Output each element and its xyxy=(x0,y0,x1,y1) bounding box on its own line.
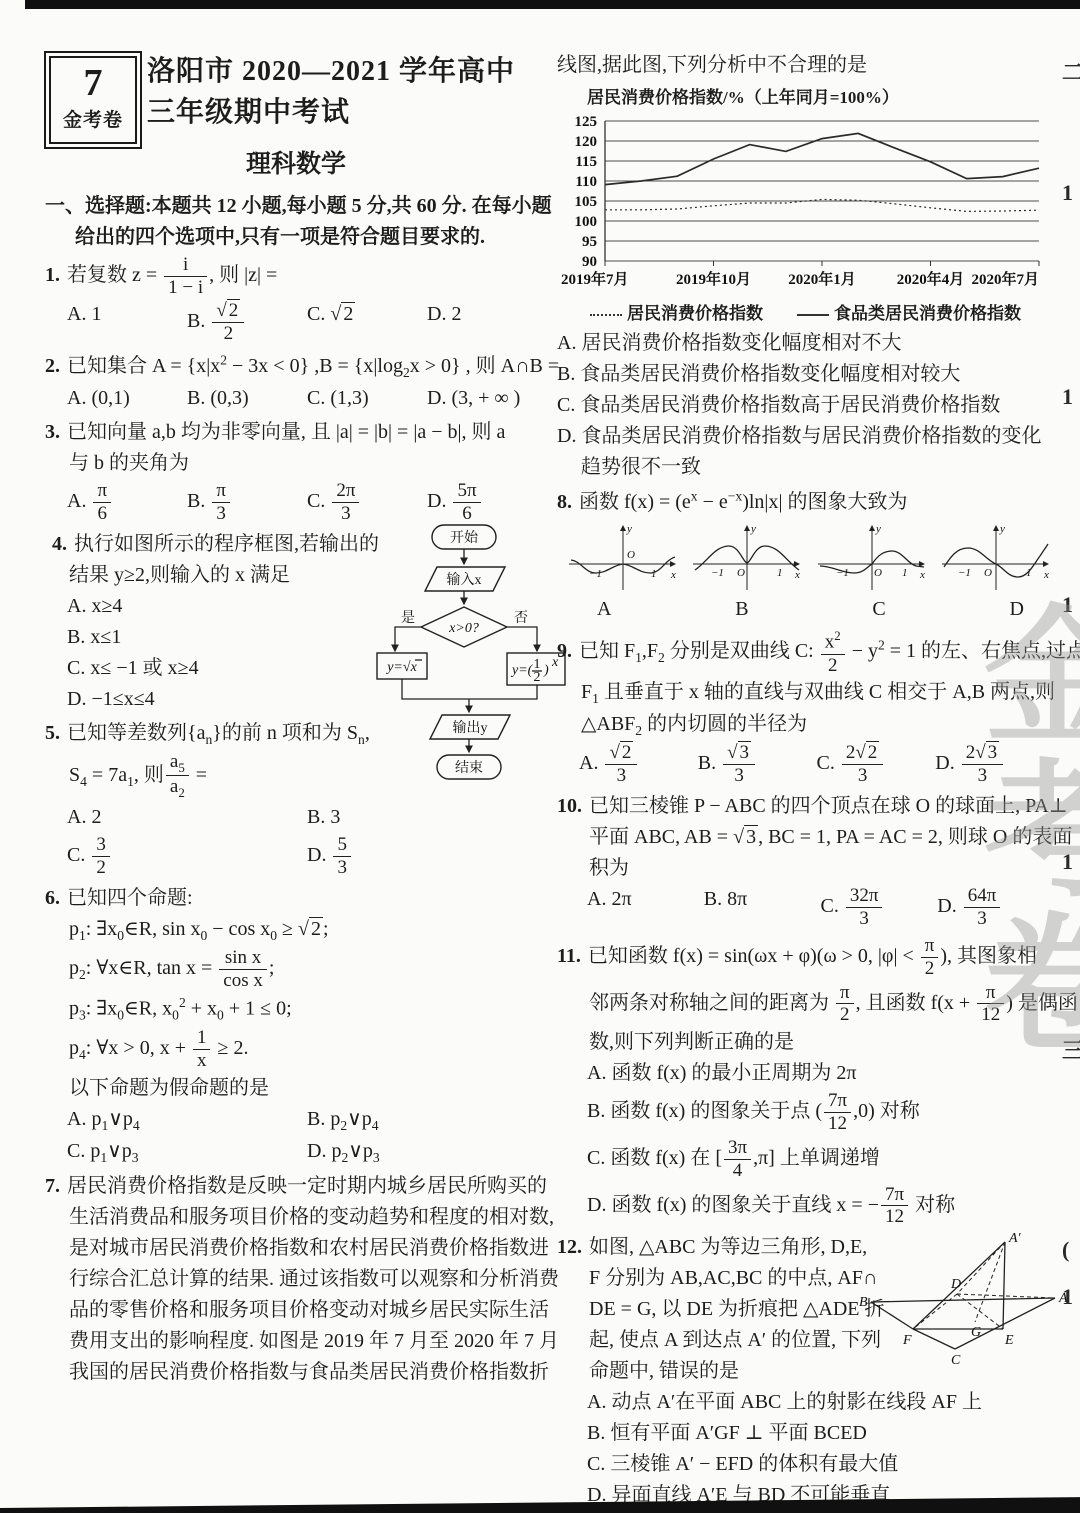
question-8-graphs: yx O −11 yx O −11 O yx xyxy=(565,520,1054,594)
option-b: B. 恒有平面 A′GF ⊥ 平面 BCED xyxy=(587,1418,1054,1449)
option-a: A. 函数 f(x) 的最小正周期为 2π xyxy=(587,1058,1054,1089)
question-1-options: A. 1 B. √22 C. √2 D. 2 xyxy=(67,299,547,346)
question-stem-cont: 与 b 的夹角为 xyxy=(45,448,547,479)
option-a: A. x≥4 xyxy=(67,591,375,622)
question-stem-cont: DE = G, 以 DE 为折痕把 △ADE 折 xyxy=(557,1294,867,1325)
legend-label-food: 食品类居民消费价格指数 xyxy=(834,304,1021,323)
question-stem-cont: △ABF2 的内切圆的半径为 xyxy=(557,709,1054,741)
question-stem-cont: 起, 使点 A 到达点 A′ 的位置, 下列 xyxy=(557,1325,867,1356)
vertex-d: D xyxy=(950,1277,961,1292)
option-c: C. (1,3) xyxy=(307,383,427,414)
svg-text:x: x xyxy=(670,569,676,581)
vertex-b: B xyxy=(859,1295,868,1310)
option-d: D. 53 xyxy=(307,833,547,880)
solid-line-swatch xyxy=(797,314,829,316)
svg-text:115: 115 xyxy=(575,154,597,170)
option-c: C. √2 xyxy=(307,299,427,346)
graph-label-a: A xyxy=(597,594,611,625)
function-graph-d: O yx −11 xyxy=(938,520,1054,594)
chart-plot-area: 90951001051101151201252019年7月2019年10月202… xyxy=(557,111,1051,293)
question-stem-cont: F 分别为 AB,AC,BC 的中点, AF∩ xyxy=(557,1263,867,1294)
question-stem: 已知向量 a,b 均为非零向量, 且 |a| = |b| = |a − b|, … xyxy=(67,421,505,443)
flow-decision-label: x>0? xyxy=(448,621,479,636)
option-d: D. 5π6 xyxy=(427,479,547,526)
question-9-options: A. √23 B. √33 C. 2√23 D. 2√33 xyxy=(579,741,1054,788)
question-stem-cont: 命题中, 错误的是 xyxy=(557,1356,867,1387)
option-b: B. 3 xyxy=(307,802,547,833)
exam-title: 洛阳市 2020—2021 学年高中 三年级期中考试 xyxy=(147,50,547,133)
svg-text:2020年4月: 2020年4月 xyxy=(897,270,965,288)
option-d: D. (3, + ∞ ) xyxy=(427,383,547,414)
svg-text:1: 1 xyxy=(777,567,783,579)
option-c: C. 2π3 xyxy=(307,479,427,526)
question-2: 2.已知集合 A = {x|x2 − 3x < 0} ,B = {x|log2x… xyxy=(45,349,547,414)
question-3: 3.已知向量 a,b 均为非零向量, 且 |a| = |b| = |a − b|… xyxy=(45,417,547,526)
issue-badge: 7 金考卷 xyxy=(49,56,137,144)
svg-text:x: x xyxy=(794,569,800,581)
question-stem-cont: 平面 ABC, AB = √3, BC = 1, PA = AC = 2, 则球… xyxy=(557,822,1054,853)
question-paragraph-line: 费用支出的影响程度. 如图是 2019 年 7 月至 2020 年 7 月 xyxy=(45,1326,547,1357)
flow-input-label: 输入x xyxy=(447,572,482,588)
question-number: 5. xyxy=(45,722,60,744)
svg-text:95: 95 xyxy=(582,234,597,250)
graph-letter-labels: A B C D xyxy=(597,594,1024,625)
question-7-continuation: 线图,据此图,下列分析中不合理的是 xyxy=(557,50,1054,81)
option-a: A. 2 xyxy=(67,802,307,833)
exam-page-scan: 7 金考卷 洛阳市 2020—2021 学年高中 三年级期中考试 理科数学 一、… xyxy=(0,0,1080,1513)
question-6-options-ab: A. p1∨p4 B. p2∨p4 xyxy=(67,1104,547,1136)
svg-text:y: y xyxy=(626,523,632,535)
svg-text:O: O xyxy=(737,567,745,579)
option-c: C. 2√23 xyxy=(817,741,936,788)
dotted-line-swatch xyxy=(590,314,622,316)
flow-end-label: 结束 xyxy=(455,759,483,776)
svg-text:2019年10月: 2019年10月 xyxy=(676,270,751,288)
question-2-options: A. (0,1) B. (0,3) C. (1,3) D. (3, + ∞ ) xyxy=(67,383,547,414)
option-d: D. p2∨p3 xyxy=(307,1136,547,1168)
svg-text:x: x xyxy=(1043,569,1049,581)
subject-title: 理科数学 xyxy=(45,146,547,185)
option-d: D. 2√33 xyxy=(935,741,1054,788)
svg-text:1: 1 xyxy=(902,567,908,579)
option-c: C. 32π3 xyxy=(821,884,938,931)
svg-text:125: 125 xyxy=(575,114,598,130)
svg-text:−1: −1 xyxy=(711,567,724,579)
question-stem: 已知集合 A = {x|x2 − 3x < 0} ,B = {x|log2x >… xyxy=(67,355,559,377)
option-b: B. 食品类居民消费价格指数变化幅度相对较大 xyxy=(557,359,1054,390)
graph-label-c: C xyxy=(872,594,885,625)
question-paragraph-line: 生活消费品和服务项目价格的变动趋势和程度的相对数, xyxy=(45,1202,547,1233)
option-a: A. (0,1) xyxy=(67,383,187,414)
option-b: B. √33 xyxy=(698,741,817,788)
option-d: D. 函数 f(x) 的图象关于直线 x = −7π12 对称 xyxy=(587,1183,1054,1230)
question-4-options: A. x≥4 B. x≤1 C. x≤ −1 或 x≥4 D. −1≤x≤4 xyxy=(67,591,375,715)
question-1: 1.若复数 z = i1 − i, 则 |z| = A. 1 B. √22 C.… xyxy=(45,253,547,346)
option-b: B. x≤1 xyxy=(67,622,375,653)
question-number: 1. xyxy=(45,264,60,286)
svg-text:y: y xyxy=(750,523,756,535)
svg-text:O: O xyxy=(627,549,635,561)
svg-text:−1: −1 xyxy=(836,567,849,579)
question-number: 6. xyxy=(45,887,60,909)
option-a: A. 2π xyxy=(587,884,704,931)
svg-text:−1: −1 xyxy=(589,568,602,580)
option-c: C. x≤ −1 或 x≥4 xyxy=(67,653,375,684)
question-stem: 已知 F1,F2 分别是双曲线 C: x22 − y2 = 1 的左、右焦点,过… xyxy=(579,640,1080,662)
chart-title: 居民消费价格指数/%（上年同月=100%） xyxy=(587,85,1054,111)
fold-figure: A′ B A F C E G D xyxy=(857,1232,1072,1382)
question-number: 9. xyxy=(557,640,572,662)
flow-branch-right-label: y=( xyxy=(510,663,534,678)
option-c: C. 三棱锥 A′ − EFD 的体积有最大值 xyxy=(587,1449,1054,1480)
question-10-options: A. 2π B. 8π C. 32π3 D. 64π3 xyxy=(587,884,1054,931)
question-5-options-ab: A. 2 B. 3 xyxy=(67,802,547,833)
option-a: A. 居民消费价格指数变化幅度相对不大 xyxy=(557,328,1054,359)
question-9: 9.已知 F1,F2 分别是双曲线 C: x22 − y2 = 1 的左、右焦点… xyxy=(557,628,1054,788)
proposition-p3: p3: ∃x0∈R, x02 + x0 + 1 ≤ 0; xyxy=(45,992,547,1026)
svg-text:1: 1 xyxy=(651,568,657,580)
svg-text:105: 105 xyxy=(575,194,598,210)
question-number: 8. xyxy=(557,491,572,513)
question-stem-cont: 结果 y≥2,则输入的 x 满足 xyxy=(45,560,375,591)
svg-text:100: 100 xyxy=(575,214,598,230)
svg-text:2020年1月: 2020年1月 xyxy=(788,270,856,288)
svg-text:2020年7月: 2020年7月 xyxy=(971,270,1039,288)
svg-text:120: 120 xyxy=(575,134,598,150)
flow-branch-left-label: y=√x xyxy=(385,660,417,675)
function-graph-b: yx O −11 xyxy=(689,520,805,594)
proposition-p1: p1: ∃x0∈R, sin x0 − cos x0 ≥ √2; xyxy=(45,914,547,946)
function-graph-a: yx O −11 xyxy=(565,520,681,594)
option-b: B. p2∨p4 xyxy=(307,1104,547,1136)
option-a: A. p1∨p4 xyxy=(67,1104,307,1136)
question-number: 10. xyxy=(557,795,582,817)
scan-edge-top xyxy=(25,0,1080,9)
question-paragraph-line: 是对城市居民消费价格指数和农村居民消费价格指数进 xyxy=(45,1233,547,1264)
option-d: D. 食品类居民消费价格指数与居民消费价格指数的变化 xyxy=(557,421,1054,452)
svg-text:2019年7月: 2019年7月 xyxy=(561,270,629,288)
option-b: B. 函数 f(x) 的图象关于点 (7π12,0) 对称 xyxy=(587,1089,1054,1136)
question-number: 12. xyxy=(557,1236,582,1258)
question-6: 6.已知四个命题: p1: ∃x0∈R, sin x0 − cos x0 ≥ √… xyxy=(45,883,547,1168)
exam-title-line1: 洛阳市 2020—2021 学年高中 xyxy=(147,52,547,93)
option-d: D. −1≤x≤4 xyxy=(67,684,375,715)
question-number: 4. xyxy=(52,533,67,555)
question-paragraph-line: 居民消费价格指数是反映一定时期内城乡居民所购买的 xyxy=(67,1175,547,1197)
exam-title-line2: 三年级期中考试 xyxy=(147,93,547,134)
question-11-options: A. 函数 f(x) 的最小正周期为 2π B. 函数 f(x) 的图象关于点 … xyxy=(587,1058,1054,1229)
flow-start-label: 开始 xyxy=(450,530,479,546)
question-stem: 已知三棱锥 P − ABC 的四个顶点在球 O 的球面上, PA⊥ xyxy=(589,795,1068,817)
question-8: 8.函数 f(x) = (ex − e−x)ln|x| 的图象大致为 yx O … xyxy=(557,486,1054,626)
question-7: 7.居民消费价格指数是反映一定时期内城乡居民所购买的 生活消费品和服务项目价格的… xyxy=(45,1171,547,1388)
option-a: A. 动点 A′在平面 ABC 上的射影在线段 AF 上 xyxy=(587,1387,1054,1418)
svg-text:y: y xyxy=(999,523,1005,535)
option-b: B. 8π xyxy=(704,884,821,931)
flow-branch-right-den: 2 xyxy=(534,670,541,685)
question-3-options: A. π6 B. π3 C. 2π3 D. 5π6 xyxy=(67,479,547,526)
option-d: D. 64π3 xyxy=(937,884,1054,931)
flow-no-label: 否 xyxy=(514,610,528,626)
option-c: C. 食品类居民消费价格指数高于居民消费价格指数 xyxy=(557,390,1054,421)
question-12-options: A. 动点 A′在平面 ABC 上的射影在线段 AF 上 B. 恒有平面 A′G… xyxy=(587,1387,1054,1511)
legend-item-food: 食品类居民消费价格指数 xyxy=(797,301,1021,327)
legend-label-cpi: 居民消费价格指数 xyxy=(627,304,763,323)
paper-header: 7 金考卷 洛阳市 2020—2021 学年高中 三年级期中考试 xyxy=(45,50,547,144)
question-stem: 如图, △ABC 为等边三角形, D,E, xyxy=(589,1236,867,1258)
option-c: C. 函数 f(x) 在 [3π4,π] 上单调递增 xyxy=(587,1136,1054,1183)
question-7-options: A. 居民消费价格指数变化幅度相对不大 B. 食品类居民消费价格指数变化幅度相对… xyxy=(557,328,1054,483)
question-stem-cont: 邻两条对称轴之间的距离为 π2, 且函数 f(x + π12) 是偶函 xyxy=(557,981,1054,1028)
vertex-c: C xyxy=(951,1353,961,1368)
option-d: D. 2 xyxy=(427,299,547,346)
option-a: A. π6 xyxy=(67,479,187,526)
right-column: 线图,据此图,下列分析中不合理的是 居民消费价格指数/%（上年同月=100%） … xyxy=(557,50,1054,1513)
question-6-options-cd: C. p1∨p3 D. p2∨p3 xyxy=(67,1136,547,1168)
vertex-e: E xyxy=(1004,1333,1014,1348)
question-stem: 函数 f(x) = (ex − e−x)ln|x| 的图象大致为 xyxy=(579,491,907,513)
question-4: 4.执行如图所示的程序框图,若输出的 结果 y≥2,则输入的 x 满足 A. x… xyxy=(45,529,547,715)
question-11: 11.已知函数 f(x) = sin(ωx + φ)(ω > 0, |φ| < … xyxy=(557,934,1054,1229)
option-c: C. 32 xyxy=(67,833,307,880)
option-a: A. √23 xyxy=(579,741,698,788)
vertex-f: F xyxy=(902,1333,912,1348)
section-instructions-line1: 一、选择题:本题共 12 小题,每小题 5 分,共 60 分. 在每小题 xyxy=(45,191,547,222)
option-d-cont: 趋势很不一致 xyxy=(557,452,1054,483)
badge-label: 金考卷 xyxy=(63,106,123,135)
svg-text:O: O xyxy=(984,567,992,579)
page-edge-cutoff-text: 二1111三(1 xyxy=(1062,0,1080,1513)
option-b: B. π3 xyxy=(187,479,307,526)
question-paragraph-line: 我国的居民消费价格指数与食品类居民消费价格指数折 xyxy=(45,1357,547,1388)
svg-text:x: x xyxy=(919,569,925,581)
vertex-a-prime: A′ xyxy=(1008,1232,1022,1246)
question-stem: 已知四个命题: xyxy=(67,887,193,909)
question-stem: 已知等差数列{an}的前 n 项和为 Sn, xyxy=(67,722,370,744)
svg-text:y: y xyxy=(875,523,881,535)
svg-text:90: 90 xyxy=(582,254,597,270)
program-flowchart: 开始 输入x x>0? 是 否 y=√x y=( 1 2 ) xyxy=(375,523,567,785)
option-a: A. 1 xyxy=(67,299,187,346)
legend-item-cpi: 居民消费价格指数 xyxy=(590,301,763,327)
question-12: 12.如图, △ABC 为等边三角形, D,E, F 分别为 AB,AC,BC … xyxy=(557,1232,1054,1511)
question-stem: 已知函数 f(x) = sin(ωx + φ)(ω > 0, |φ| < π2)… xyxy=(588,945,1037,967)
question-stem-cont: 数,则下列判断正确的是 xyxy=(557,1027,1054,1058)
question-paragraph-line: 行综合汇总计算的结果. 通过该指数可以观察和分析消费 xyxy=(45,1264,547,1295)
option-b: B. (0,3) xyxy=(187,383,307,414)
question-5-options-cd: C. 32 D. 53 xyxy=(67,833,547,880)
cpi-line-chart: 居民消费价格指数/%（上年同月=100%） 909510010511011512… xyxy=(557,85,1054,328)
question-stem: 执行如图所示的程序框图,若输出的 xyxy=(74,533,379,555)
option-b: B. √22 xyxy=(187,299,307,346)
proposition-p4: p4: ∀x > 0, x + 1x ≥ 2. xyxy=(45,1026,547,1073)
question-10: 10.已知三棱锥 P − ABC 的四个顶点在球 O 的球面上, PA⊥ 平面 … xyxy=(557,791,1054,931)
flow-yes-label: 是 xyxy=(401,610,415,626)
badge-number: 7 xyxy=(84,64,103,102)
proposition-p2: p2: ∀x∈R, tan x = sin xcos x; xyxy=(45,946,547,993)
function-graph-c: O yx −11 xyxy=(814,520,930,594)
question-number: 11. xyxy=(557,945,581,967)
chart-legend: 居民消费价格指数 食品类居民消费价格指数 xyxy=(557,301,1054,327)
svg-text:O: O xyxy=(874,567,882,579)
question-stem-cont: 积为 xyxy=(557,853,1054,884)
question-paragraph-line: 品的零售价格和服务项目价格变动对城乡居民实际生活 xyxy=(45,1295,547,1326)
question-number: 3. xyxy=(45,421,60,443)
question-stem: 若复数 z = i1 − i, 则 |z| = xyxy=(67,264,277,286)
question-number: 7. xyxy=(45,1175,60,1197)
svg-text:−1: −1 xyxy=(958,567,971,579)
option-c: C. p1∨p3 xyxy=(67,1136,307,1168)
flow-branch-right-post: ) xyxy=(543,663,549,678)
svg-text:110: 110 xyxy=(575,174,597,190)
left-column: 7 金考卷 洛阳市 2020—2021 学年高中 三年级期中考试 理科数学 一、… xyxy=(45,50,547,1391)
question-stem-cont: F1 且垂直于 x 轴的直线与双曲线 C 相交于 A,B 两点,则 xyxy=(557,677,1054,709)
graph-label-d: D xyxy=(1010,594,1024,625)
question-number: 2. xyxy=(45,355,60,377)
section-instructions-line2: 给出的四个选项中,只有一项是符合题目要求的. xyxy=(45,222,547,253)
vertex-g: G xyxy=(971,1325,981,1340)
graph-label-b: B xyxy=(735,594,748,625)
question-closing: 以下命题为假命题的是 xyxy=(45,1073,547,1104)
flow-output-label: 输出y xyxy=(453,720,488,736)
